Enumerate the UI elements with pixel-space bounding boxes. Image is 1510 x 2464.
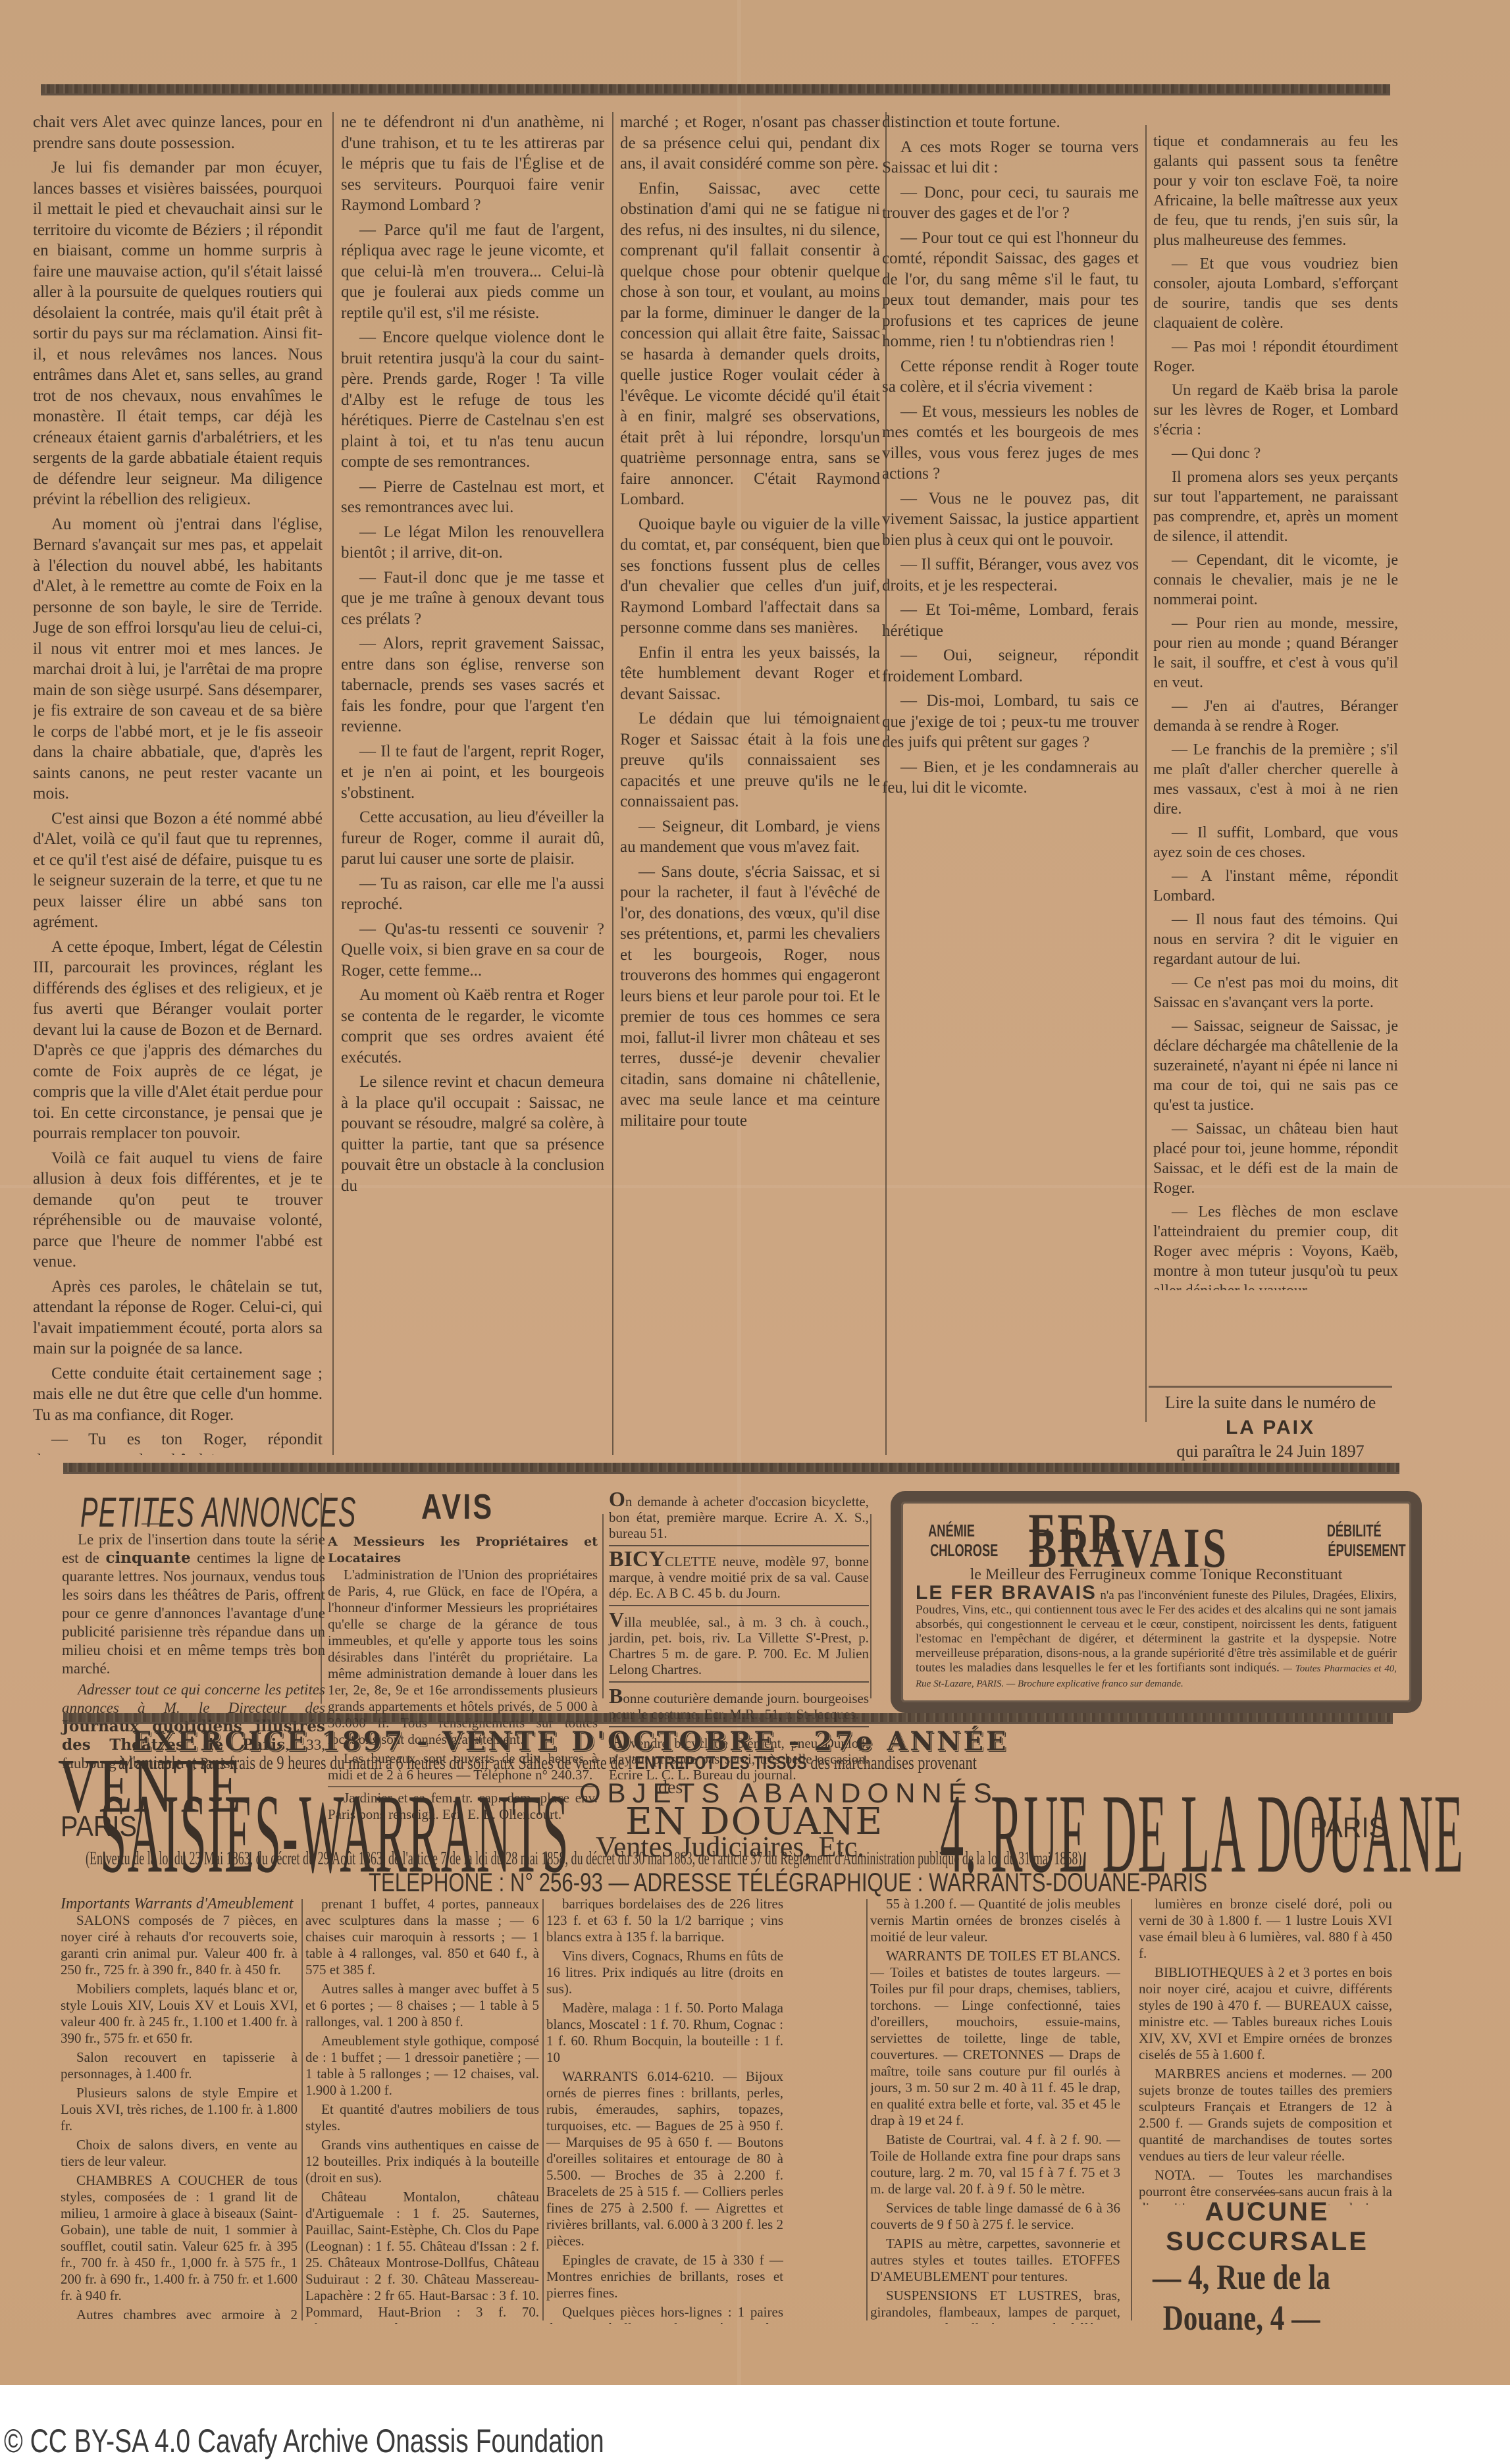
paragraph: Le dédain que lui témoignaient Roger et …: [620, 708, 880, 812]
paragraph: lumières en bronze ciselé doré, poli ou …: [1139, 1896, 1392, 1962]
column-divider: [1131, 1899, 1132, 2320]
paragraph: — Il nous faut des témoins. Qui nous en …: [1153, 910, 1398, 969]
column-divider: [321, 1493, 322, 1704]
drop-initial: V: [609, 1608, 624, 1631]
petites-annonces-title: PETITES ANNONCES: [80, 1488, 357, 1536]
newspaper-page: chait vers Alet avec quinze lances, pour…: [0, 0, 1510, 2385]
paragraph: Salon recouvert en tapisserie à personna…: [61, 2049, 298, 2082]
article-column-4: distinction et toute fortune. A ces mots…: [882, 112, 1139, 1455]
paragraph: Cette accusation, au lieu d'éveiller la …: [341, 807, 604, 870]
paragraph: Choix de salons divers, en vente au tier…: [61, 2137, 298, 2170]
address-line: — 4, Rue de la Douane, 4 —: [1139, 2257, 1344, 2338]
paragraph: tique et condamnerais au feu les galants…: [1153, 132, 1398, 250]
paragraph: — Tu es ton Roger, répondit douceurement…: [33, 1429, 323, 1455]
paragraph: Au moment où Kaëb rentra et Roger se con…: [341, 985, 604, 1068]
paragraph: — Le légat Milon les renouvellera bientô…: [341, 522, 604, 564]
paragraph: Il promena alors ses yeux perçants sur t…: [1153, 467, 1398, 546]
paragraph: Mobiliers complets, laqués blanc et or, …: [61, 1981, 298, 2047]
fer-bravais-body: LE FER BRAVAIS n'a pas l'inconvénient fu…: [916, 1586, 1397, 1691]
paragraph: MARBRES anciens et modernes. — 200 sujet…: [1139, 2066, 1392, 2164]
paragraph: — Donc, pour ceci, tu saurais me trouver…: [882, 182, 1139, 224]
paragraph: Vins divers, Cognacs, Rhums en fûts de 1…: [546, 1948, 783, 1997]
paragraph: — Saissac, un château bien haut placé po…: [1153, 1119, 1398, 1198]
paragraph: WARRANTS 6.014-6210. — Bijoux ornés de p…: [546, 2068, 783, 2249]
column-divider: [866, 1899, 868, 2320]
text: à l'amiable et sans frais de 9 heures du…: [118, 1753, 635, 1773]
paragraph: Et quantité d'autres mobiliers de tous s…: [305, 2101, 539, 2134]
fer-bravais-header: ANÉMIE CHLOROSE FER BRAVAIS DÉBILITÉ ÉPU…: [916, 1515, 1397, 1566]
paragraph: — Et vous, messieurs les nobles de mes c…: [882, 402, 1139, 485]
paragraph: WARRANTS DE TOILES ET BLANCS. — Toiles e…: [870, 1948, 1120, 2129]
paragraph: prenant 1 buffet, 4 portes, panneaux ave…: [305, 1896, 539, 1978]
warrants-column-5: lumières en bronze ciselé doré, poli ou …: [1139, 1896, 1392, 2205]
fer-bravais-brand: FER BRAVAIS: [1028, 1526, 1270, 1555]
paragraph: Autres chambres avec armoire à 2 portes …: [61, 2307, 298, 2324]
paragraph: Plusieurs salons de style Empire et Loui…: [61, 2085, 298, 2134]
paragraph: Grands vins authentiques en caisse de 12…: [305, 2137, 539, 2186]
article-column-5: tique et condamnerais au feu les galants…: [1153, 132, 1398, 1290]
paragraph: — A l'instant même, répondit Lombard.: [1153, 866, 1398, 906]
paragraph: Ameublement style gothique, composé de :…: [305, 2033, 539, 2099]
text-bold: cinquante: [105, 1549, 190, 1567]
paragraph: — Ce n'est pas moi du moins, dit Saissac…: [1153, 973, 1398, 1012]
continued-date: qui paraîtra le 24 Juin 1897: [1145, 1442, 1395, 1461]
article-column-3: marché ; et Roger, n'osant pas chasser d…: [620, 112, 880, 1455]
ailment-label: DÉBILITÉ: [1327, 1521, 1382, 1540]
column-divider: [542, 1899, 544, 2320]
divider: [142, 1523, 168, 1525]
paragraph: — Parce qu'il me faut de l'argent, répli…: [341, 220, 604, 324]
paragraph: SUSPENSIONS ET LUSTRES, bras, girandoles…: [870, 2288, 1120, 2324]
paragraph: C'est ainsi que Bozon a été nommé abbé d…: [33, 808, 323, 933]
paragraph: — Vous ne le pouvez pas, dit vivement Sa…: [882, 488, 1139, 551]
paragraph: Madère, malaga : 1 f. 50. Porto Malaga b…: [546, 2000, 783, 2066]
paragraph: marché ; et Roger, n'osant pas chasser d…: [620, 112, 880, 174]
paragraph: Autres salles à manger avec buffet à 5 e…: [305, 1981, 539, 2030]
article-column-1: chait vers Alet avec quinze lances, pour…: [33, 112, 323, 1455]
paragraph: Au moment où j'entrai dans l'église, Ber…: [33, 514, 323, 804]
paragraph: — Bien, et je les condamnerais au feu, l…: [882, 757, 1139, 799]
paragraph: — Pierre de Castelnau est mort, et ses r…: [341, 477, 604, 518]
paragraph: Après ces paroles, le châtelain se tut, …: [33, 1276, 323, 1359]
paragraph: Le silence revint et chacun demeura à la…: [341, 1072, 604, 1196]
paragraph: Enfin il entra les yeux baissés, la tête…: [620, 642, 880, 705]
entrepot-name: ENTREPOT DES TISSUS: [635, 1752, 806, 1773]
paragraph: Epingles de cravate, de 15 à 330 f — Mon…: [546, 2252, 783, 2301]
avis-title: AVIS: [421, 1486, 494, 1527]
copyright-credit: © CC BY-SA 4.0 Cavafy Archive Onassis Fo…: [4, 2422, 604, 2460]
ailment-label: CHLOROSE: [930, 1540, 998, 1560]
text: Adresser tout ce qui concerne les petite…: [62, 1681, 325, 1716]
classified-ad: Villa meublée, sal., à m. 3 ch. à couch.…: [609, 1612, 869, 1683]
text: centimes la ligne de quarante lettres. N…: [62, 1550, 325, 1677]
paragraph: 55 à 1.200 f. — Quantité de jolis meuble…: [870, 1896, 1120, 1945]
paragraph: BIBLIOTHEQUES à 2 et 3 portes en bois no…: [1139, 1964, 1392, 2063]
paragraph: — Saissac, seigneur de Saissac, je décla…: [1153, 1016, 1398, 1115]
ads-rule: [63, 1463, 1399, 1474]
text: des marchandises provenant: [807, 1753, 977, 1773]
paragraph: Je lui fis demander par mon écuyer, lanc…: [33, 157, 323, 510]
paragraph: — Les flèches de mon esclave l'atteindra…: [1153, 1202, 1398, 1290]
column-divider: [301, 1899, 303, 2320]
paris-right: PARIS: [1310, 1812, 1386, 1845]
paragraph: — Seigneur, dit Lombard, je viens au man…: [620, 816, 880, 858]
column-divider: [612, 112, 613, 1455]
paragraph: CHAMBRES A COUCHER de tous styles, compo…: [61, 2172, 298, 2304]
paragraph: Services de table linge damassé de 6 à 3…: [870, 2200, 1120, 2233]
paragraph: — Pour tout ce qui est l'honneur du comt…: [882, 228, 1139, 352]
telephone-line: TÉLÉPHONE : N° 256-93 — ADRESSE TÉLÉGRAP…: [369, 1868, 1207, 1898]
warrants-column-1: Importants Warrants d'Ameublement SALONS…: [61, 1896, 298, 2324]
paragraph: — Qui donc ?: [1153, 444, 1398, 463]
aucune-succursale-block: AUCUNE SUCCURSALE — 4, Rue de la Douane,…: [1139, 2192, 1395, 2338]
ailment-label: ANÉMIE: [929, 1521, 976, 1540]
paragraph: TAPIS au mètre, carpettes, savonnerie et…: [870, 2236, 1120, 2285]
top-rule: [41, 84, 1390, 95]
paragraph: SALONS composés de 7 pièces, en noyer ci…: [61, 1912, 298, 1978]
paragraph: — J'en ai d'autres, Béranger demanda à s…: [1153, 696, 1398, 736]
paragraph: Quelques pièces hors-lignes : 1 paires d…: [546, 2304, 783, 2324]
credit-footer: © CC BY-SA 4.0 Cavafy Archive Onassis Fo…: [0, 2385, 1510, 2464]
paragraph: ne te défendront ni d'un anathème, ni d'…: [341, 112, 604, 216]
paragraph: — Et Toi-même, Lombard, ferais hérétique: [882, 600, 1139, 641]
section-heading: Importants Warrants d'Ameublement: [61, 1896, 298, 1912]
divider: [1149, 1386, 1392, 1388]
left-ailments: ANÉMIE CHLOROSE: [916, 1521, 988, 1560]
paragraph: Voilà ce fait auquel tu viens de faire a…: [33, 1148, 323, 1272]
paragraph: — Sans doute, s'écria Saissac, et si pou…: [620, 862, 880, 1132]
paragraph: — Il suffit, Béranger, vous avez vos dro…: [882, 554, 1139, 596]
drop-initial: B: [609, 1684, 623, 1708]
paragraph: — Cependant, dit le vicomte, je connais …: [1153, 550, 1398, 610]
divider: [1254, 2192, 1280, 2193]
paragraph: — Il te faut de l'argent, reprit Roger, …: [341, 741, 604, 804]
paragraph: Un regard de Kaëb brisa la parole sur le…: [1153, 380, 1398, 440]
warrants-column-3: barriques bordelaises des de 226 litres …: [546, 1896, 783, 2324]
drop-initial: BICY: [609, 1547, 665, 1571]
newspaper-name: LA PAIX: [1145, 1417, 1395, 1439]
paragraph: A cette époque, Imbert, légat de Célesti…: [33, 937, 323, 1144]
paragraph: chait vers Alet avec quinze lances, pour…: [33, 112, 323, 153]
paragraph: barriques bordelaises des de 226 litres …: [546, 1896, 783, 1945]
right-ailments: DÉBILITÉ ÉPUISEMENT: [1311, 1521, 1397, 1560]
continued-line: Lire la suite dans le numéro de: [1145, 1393, 1395, 1413]
ad-text: illa meublée, sal., à m. 3 ch. à couch.,…: [609, 1614, 869, 1677]
paragraph: — Il suffit, Lombard, que vous ayez soin…: [1153, 823, 1398, 862]
ad-text: n demande à acheter d'occasion bicyclett…: [609, 1494, 869, 1541]
paragraph: — Encore quelque violence dont le bruit …: [341, 327, 604, 473]
fer-bravais-ad: ANÉMIE CHLOROSE FER BRAVAIS DÉBILITÉ ÉPU…: [891, 1491, 1422, 1713]
column-divider: [332, 112, 334, 1455]
column-divider: [870, 1514, 872, 1698]
paragraph: Cette conduite était certainement sage ;…: [33, 1363, 323, 1426]
paragraph: — Et que vous voudriez bien consoler, aj…: [1153, 254, 1398, 333]
avis-subtitle: A Messieurs les Propriétaires et Locatai…: [328, 1534, 598, 1567]
drop-initial: O: [609, 1487, 625, 1511]
paragraph: — Oui, seigneur, répondit froidement Lom…: [882, 645, 1139, 687]
paragraph: Quoique bayle ou viguier de la ville du …: [620, 514, 880, 639]
column-divider: [602, 1514, 604, 1698]
paragraph: A ces mots Roger se tourna vers Saissac …: [882, 137, 1139, 178]
paragraph: Batiste de Courtrai, val. 4 f. à 2 f. 90…: [870, 2132, 1120, 2197]
legal-notice: (En vertu de la loi du 23 Mai 1863, du d…: [86, 1848, 1081, 1870]
paragraph: distinction et toute fortune.: [882, 112, 1139, 133]
warrants-column-4: 55 à 1.200 f. — Quantité de jolis meuble…: [870, 1896, 1120, 2324]
paragraph: — Alors, reprit gravement Saissac, entre…: [341, 633, 604, 737]
warrants-rule: [63, 1713, 1393, 1724]
paragraph: — Le franchis de la première ; s'il me p…: [1153, 740, 1398, 819]
fer-bravais-lead: LE FER BRAVAIS: [916, 1582, 1097, 1604]
paragraph: Château Montalon, château d'Artiguemale …: [305, 2189, 539, 2324]
paragraph: — Pas moi ! répondit étourdiment Roger.: [1153, 337, 1398, 377]
paragraph: — Qu'as-tu ressenti ce souvenir ? Quelle…: [341, 919, 604, 982]
ailment-label: ÉPUISEMENT: [1328, 1540, 1405, 1560]
classified-ad: BICYCLETTE neuve, modèle 97, bonne marqu…: [609, 1552, 869, 1606]
paragraph: — Pour rien au monde, messire, pour rien…: [1153, 614, 1398, 693]
paragraph: — Dis-moi, Lombard, tu sais ce que j'exi…: [882, 691, 1139, 753]
classified-ad: On demande à acheter d'occasion bicyclet…: [609, 1491, 869, 1546]
paragraph: Enfin, Saissac, avec cette obstination d…: [620, 178, 880, 510]
continued-notice: Lire la suite dans le numéro de LA PAIX …: [1145, 1386, 1395, 1461]
warrants-column-2: prenant 1 buffet, 4 portes, panneaux ave…: [305, 1896, 539, 2324]
article-column-2: ne te défendront ni d'un anathème, ni d'…: [341, 112, 604, 1455]
column-divider: [1145, 125, 1147, 1422]
paragraph: — Tu as raison, car elle me l'a aussi re…: [341, 874, 604, 915]
paragraph: — Faut-il donc que je me tasse et que je…: [341, 567, 604, 630]
aucune-succursale: AUCUNE SUCCURSALE: [1139, 2197, 1395, 2257]
paragraph: Cette réponse rendit à Roger toute sa co…: [882, 356, 1139, 398]
